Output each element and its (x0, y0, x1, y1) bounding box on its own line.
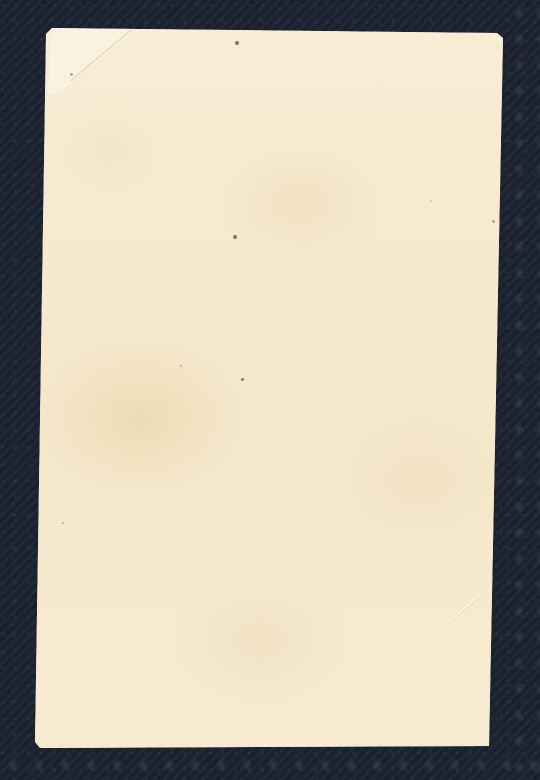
foxing-speck (241, 378, 244, 381)
foxing-speck (70, 73, 73, 76)
scan-background (0, 0, 540, 780)
foxing-speck (430, 200, 432, 202)
foxing-speck (233, 235, 237, 239)
foxing-speck (235, 41, 239, 45)
foxing-speck (492, 220, 495, 223)
paper-card (0, 0, 540, 780)
backing-texture-right (500, 0, 540, 780)
foxing-speck (180, 365, 182, 367)
foxing-speck (62, 522, 64, 524)
backing-texture-bottom (0, 748, 540, 780)
